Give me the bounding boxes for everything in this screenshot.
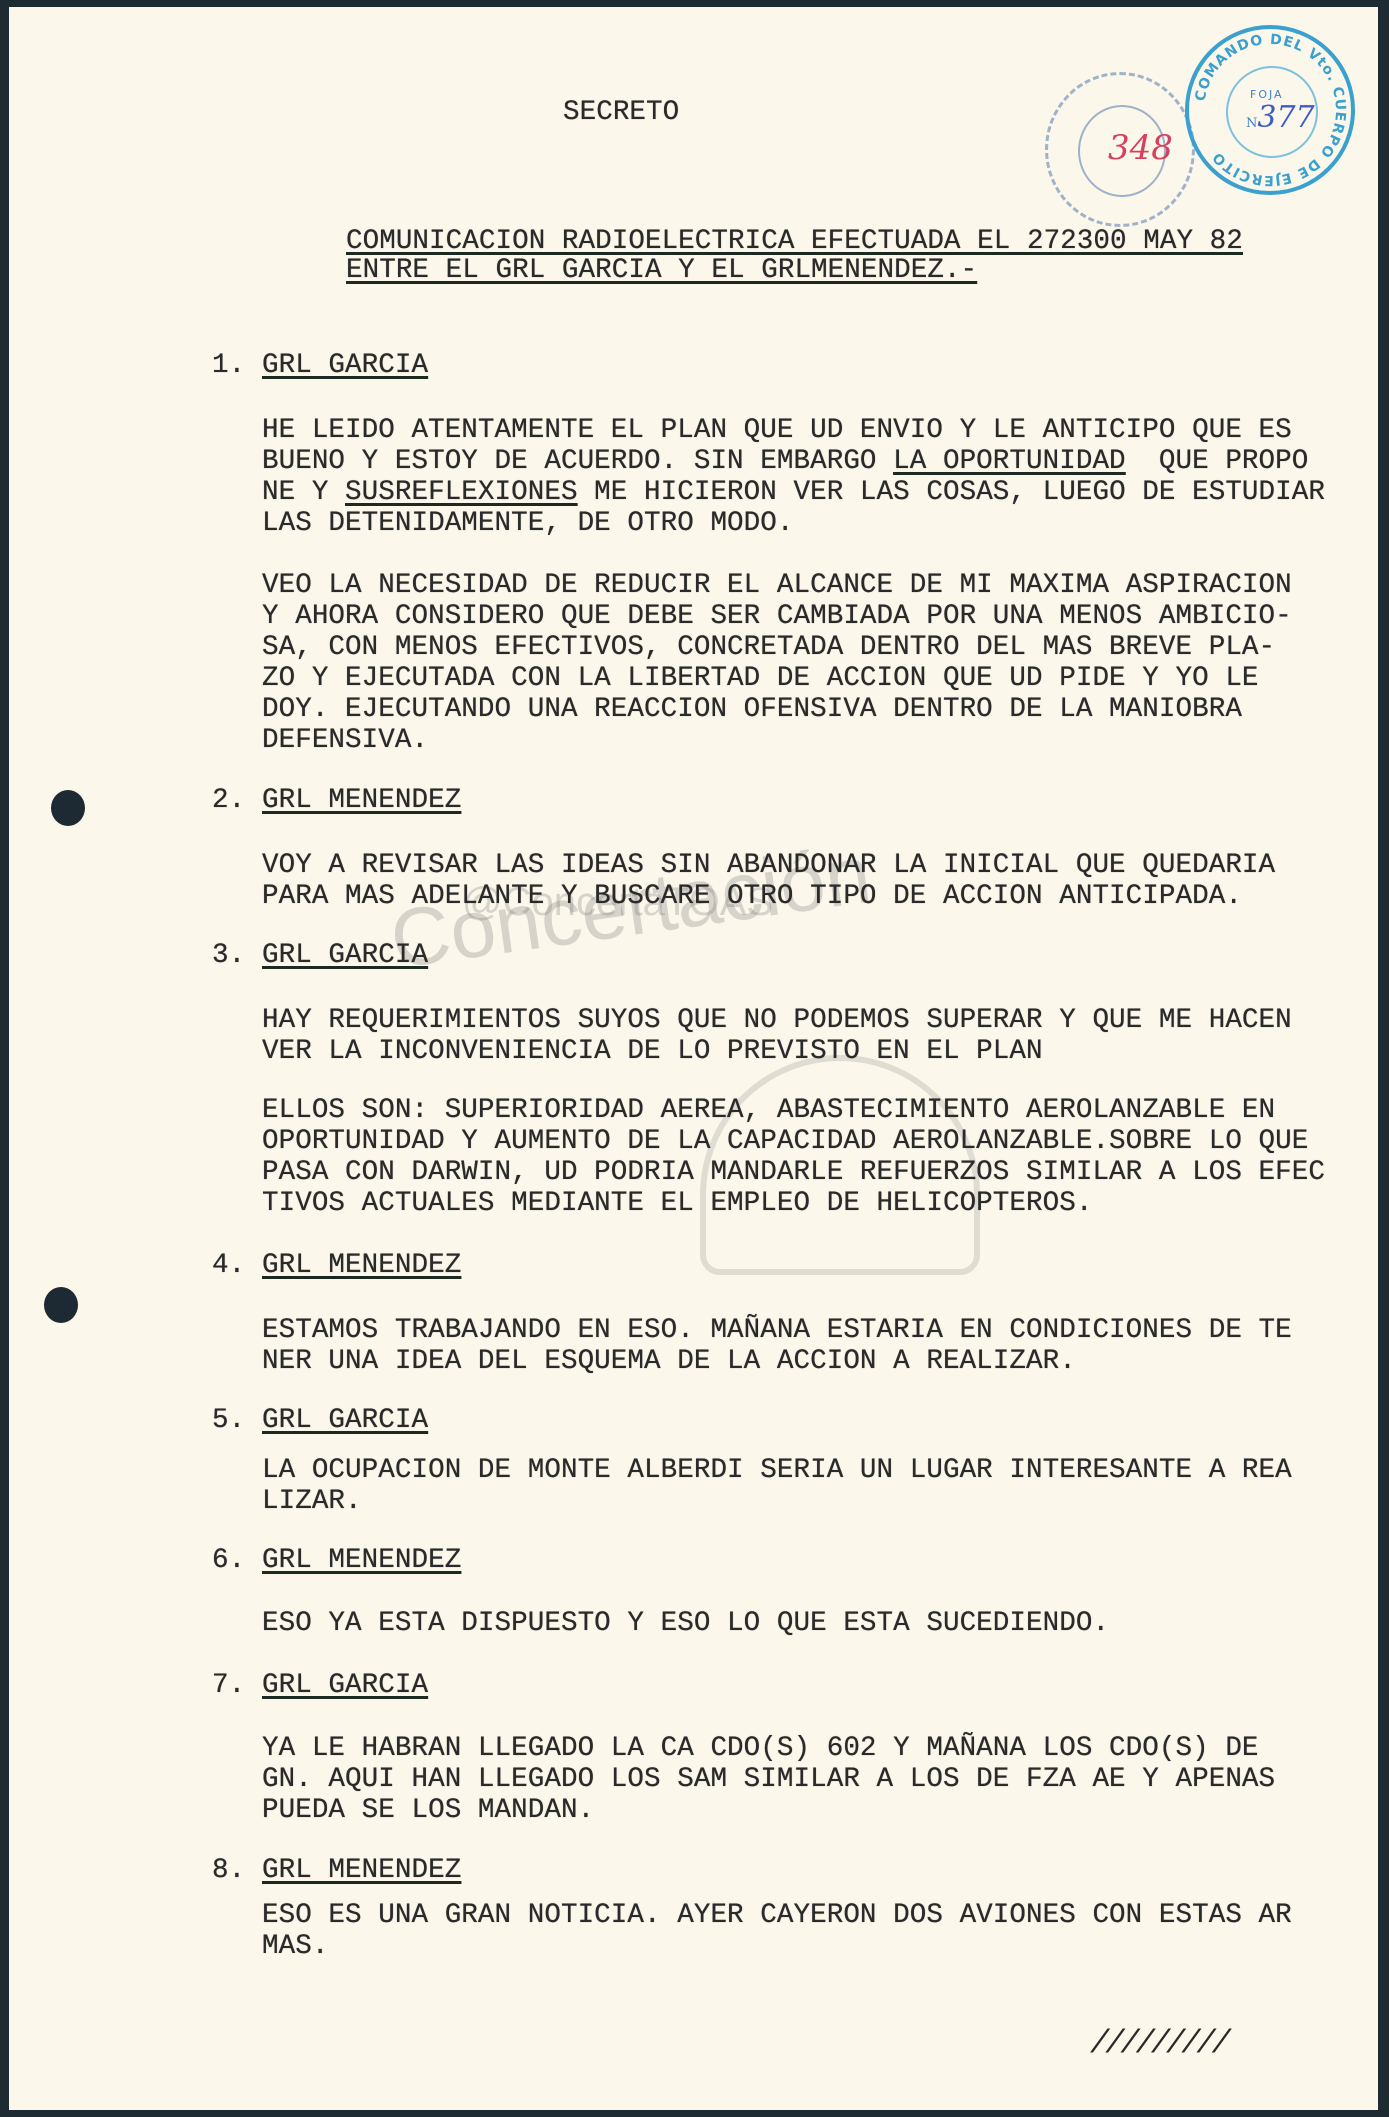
transcript-line: PARA MAS ADELANTE Y BUSCARE OTRO TIPO DE… (262, 881, 1242, 912)
transcript-line: NER UNA IDEA DEL ESQUEMA DE LA ACCION A … (262, 1346, 1076, 1377)
transcript-line: ESTAMOS TRABAJANDO EN ESO. MAÑANA ESTARI… (262, 1315, 1292, 1346)
speaker-heading: GRL GARCIA (262, 1670, 428, 1701)
speaker-heading: GRL GARCIA (262, 350, 428, 381)
entry-number: 2. (212, 785, 245, 816)
transcript-line: BUENO Y ESTOY DE ACUERDO. SIN EMBARGO LA… (262, 446, 1308, 477)
entry-number: 8. (212, 1855, 245, 1886)
speaker-heading: GRL MENENDEZ (262, 785, 461, 816)
entry-number: 3. (212, 940, 245, 971)
punch-hole (44, 1287, 78, 1323)
speaker-heading: GRL GARCIA (262, 940, 428, 971)
entry-number: 5. (212, 1405, 245, 1436)
transcript-line: SA, CON MENOS EFECTIVOS, CONCRETADA DENT… (262, 632, 1275, 663)
transcript-line: TIVOS ACTUALES MEDIANTE EL EMPLEO DE HEL… (262, 1188, 1092, 1219)
transcript-line: MAS. (262, 1931, 328, 1962)
transcript-line: ESO YA ESTA DISPUESTO Y ESO LO QUE ESTA … (262, 1608, 1109, 1639)
classification-label: SECRETO (563, 97, 679, 128)
transcript-line: VOY A REVISAR LAS IDEAS SIN ABANDONAR LA… (262, 850, 1275, 881)
transcript-line: VER LA INCONVENIENCIA DE LO PREVISTO EN … (262, 1036, 1043, 1067)
transcript-line: LA OCUPACION DE MONTE ALBERDI SERIA UN L… (262, 1455, 1292, 1486)
speaker-heading: GRL MENENDEZ (262, 1855, 461, 1886)
transcript-line: PASA CON DARWIN, UD PODRIA MANDARLE REFU… (262, 1157, 1325, 1188)
underlined-phrase: SUSREFLEXIONES (345, 477, 578, 508)
entry-number: 4. (212, 1250, 245, 1281)
speaker-heading: GRL GARCIA (262, 1405, 428, 1436)
transcript-line: ESO ES UNA GRAN NOTICIA. AYER CAYERON DO… (262, 1900, 1292, 1931)
foja-number: N377 (1246, 100, 1315, 135)
underlined-phrase: LA OPORTUNIDAD (893, 446, 1126, 477)
transcript-line: LIZAR. (262, 1486, 362, 1517)
document-title-line-2: ENTRE EL GRL GARCIA Y EL GRLMENENDEZ.- (346, 255, 977, 286)
transcript-line: DOY. EJECUTANDO UNA REACCION OFENSIVA DE… (262, 694, 1242, 725)
transcript-line: HE LEIDO ATENTAMENTE EL PLAN QUE UD ENVI… (262, 415, 1292, 446)
speaker-heading: GRL MENENDEZ (262, 1545, 461, 1576)
punch-hole (51, 790, 85, 826)
transcript-line: DEFENSIVA. (262, 725, 428, 756)
transcript-line: Y AHORA CONSIDERO QUE DEBE SER CAMBIADA … (262, 601, 1292, 632)
transcript-line: PUEDA SE LOS MANDAN. (262, 1795, 594, 1826)
transcript-line: HAY REQUERIMIENTOS SUYOS QUE NO PODEMOS … (262, 1005, 1292, 1036)
document-title-line-1: COMUNICACION RADIOELECTRICA EFECTUADA EL… (346, 226, 1243, 257)
end-mark: ///////// (1090, 2025, 1227, 2062)
entry-number: 7. (212, 1670, 245, 1701)
entry-number: 1. (212, 350, 245, 381)
transcript-line: GN. AQUI HAN LLEGADO LOS SAM SIMILAR A L… (262, 1764, 1275, 1795)
transcript-line: NE Y SUSREFLEXIONES ME HICIERON VER LAS … (262, 477, 1325, 508)
transcript-line: LAS DETENIDAMENTE, DE OTRO MODO. (262, 508, 794, 539)
transcript-line: YA LE HABRAN LLEGADO LA CA CDO(S) 602 Y … (262, 1733, 1259, 1764)
transcript-line: VEO LA NECESIDAD DE REDUCIR EL ALCANCE D… (262, 570, 1292, 601)
archive-page-number: 348 (1108, 128, 1173, 168)
speaker-heading: GRL MENENDEZ (262, 1250, 461, 1281)
transcript-line: ZO Y EJECUTADA CON LA LIBERTAD DE ACCION… (262, 663, 1259, 694)
transcript-line: OPORTUNIDAD Y AUMENTO DE LA CAPACIDAD AE… (262, 1126, 1308, 1157)
transcript-line: ELLOS SON: SUPERIORIDAD AEREA, ABASTECIM… (262, 1095, 1275, 1126)
entry-number: 6. (212, 1545, 245, 1576)
